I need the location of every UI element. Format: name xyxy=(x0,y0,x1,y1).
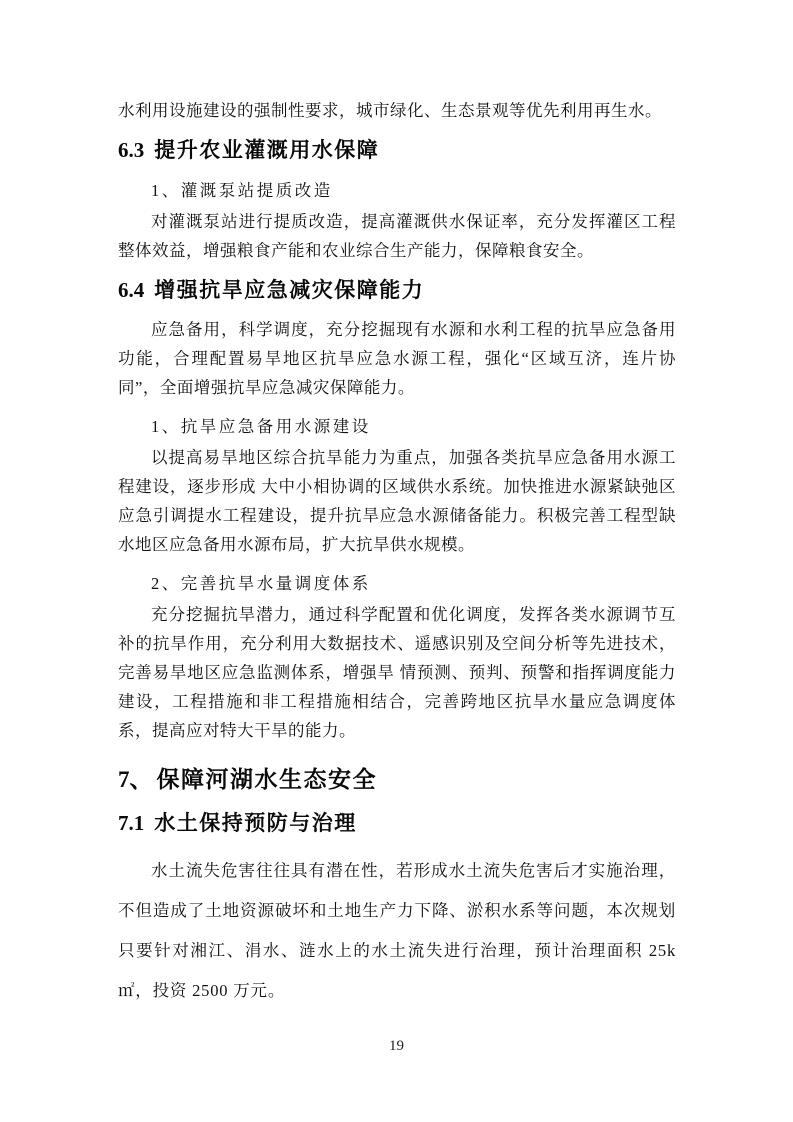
paragraph-water-dispatch-system: 充分挖掘抗旱潜力，通过科学配置和优化调度，发挥各类水源调节互补的抗旱作用，充分利… xyxy=(118,600,676,745)
heading-title: 保障河湖水生态安全 xyxy=(157,766,378,792)
page-content: 水利用设施建设的强制性要求，城市绿化、生态景观等优先利用再生水。 6.3提升农业… xyxy=(118,96,676,1011)
list-item-backup-water-source: 1、抗旱应急备用水源建设 xyxy=(118,412,676,441)
heading-title: 提升农业灌溉用水保障 xyxy=(154,139,379,162)
heading-title: 水土保持预防与治理 xyxy=(154,812,357,835)
paragraph-drought-emergency: 应急备用，科学调度，充分挖掘现有水源和水利工程的抗旱应急备用功能，合理配置易旱地… xyxy=(118,315,676,402)
chapter-heading-7: 7、保障河湖水生态安全 xyxy=(118,763,676,796)
paragraph-continuation: 水利用设施建设的强制性要求，城市绿化、生态景观等优先利用再生水。 xyxy=(118,96,676,125)
heading-number: 6.3 xyxy=(118,138,144,162)
paragraph-soil-erosion: 水土流失危害往往具有潜在性，若形成水土流失危害后才实施治理，不但造成了土地资源破… xyxy=(118,851,676,1011)
heading-number: 6.4 xyxy=(118,278,144,302)
list-item-water-dispatch-system: 2、完善抗旱水量调度体系 xyxy=(118,569,676,598)
heading-number: 7.1 xyxy=(118,811,144,835)
heading-number: 7、 xyxy=(118,767,153,792)
section-heading-7-1: 7.1水土保持预防与治理 xyxy=(118,808,676,839)
heading-title: 增强抗旱应急减灾保障能力 xyxy=(154,279,424,302)
paragraph-backup-water-source: 以提高易旱地区综合抗旱能力为重点，加强各类抗旱应急备用水源工程建设，逐步形成 大… xyxy=(118,443,676,559)
paragraph-pump-upgrade: 对灌溉泵站进行提质改造，提高灌溉供水保证率，充分发挥灌区工程整体效益，增强粮食产… xyxy=(118,207,676,265)
section-heading-6-3: 6.3提升农业灌溉用水保障 xyxy=(118,135,676,166)
list-item-pump-upgrade: 1、灌溉泵站提质改造 xyxy=(118,176,676,205)
document-page: 水利用设施建设的强制性要求，城市绿化、生态景观等优先利用再生水。 6.3提升农业… xyxy=(0,0,793,1122)
section-heading-6-4: 6.4增强抗旱应急减灾保障能力 xyxy=(118,275,676,306)
page-number: 19 xyxy=(0,1036,793,1056)
